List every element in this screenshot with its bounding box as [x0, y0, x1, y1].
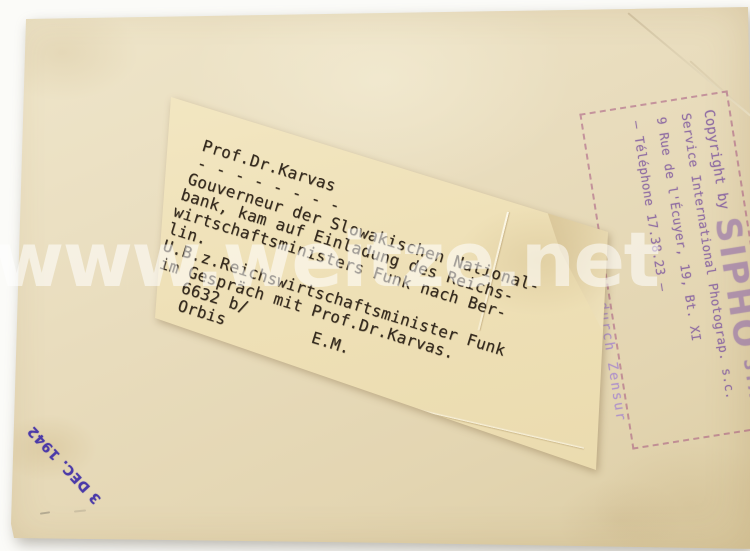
photo-card-shadow: Copyright by SIPHO S.A. Service Internat… — [0, 0, 750, 551]
photo-card-back: Copyright by SIPHO S.A. Service Internat… — [0, 0, 750, 551]
caption-label: Prof.Dr.Karvas - - - - - - - - Gouverneu… — [0, 0, 750, 551]
caption-label-shadow: Prof.Dr.Karvas - - - - - - - - Gouverneu… — [0, 0, 750, 551]
photo-backdrop: Copyright by SIPHO S.A. Service Internat… — [0, 0, 750, 551]
typed-caption: Prof.Dr.Karvas - - - - - - - - Gouverneu… — [141, 120, 580, 422]
